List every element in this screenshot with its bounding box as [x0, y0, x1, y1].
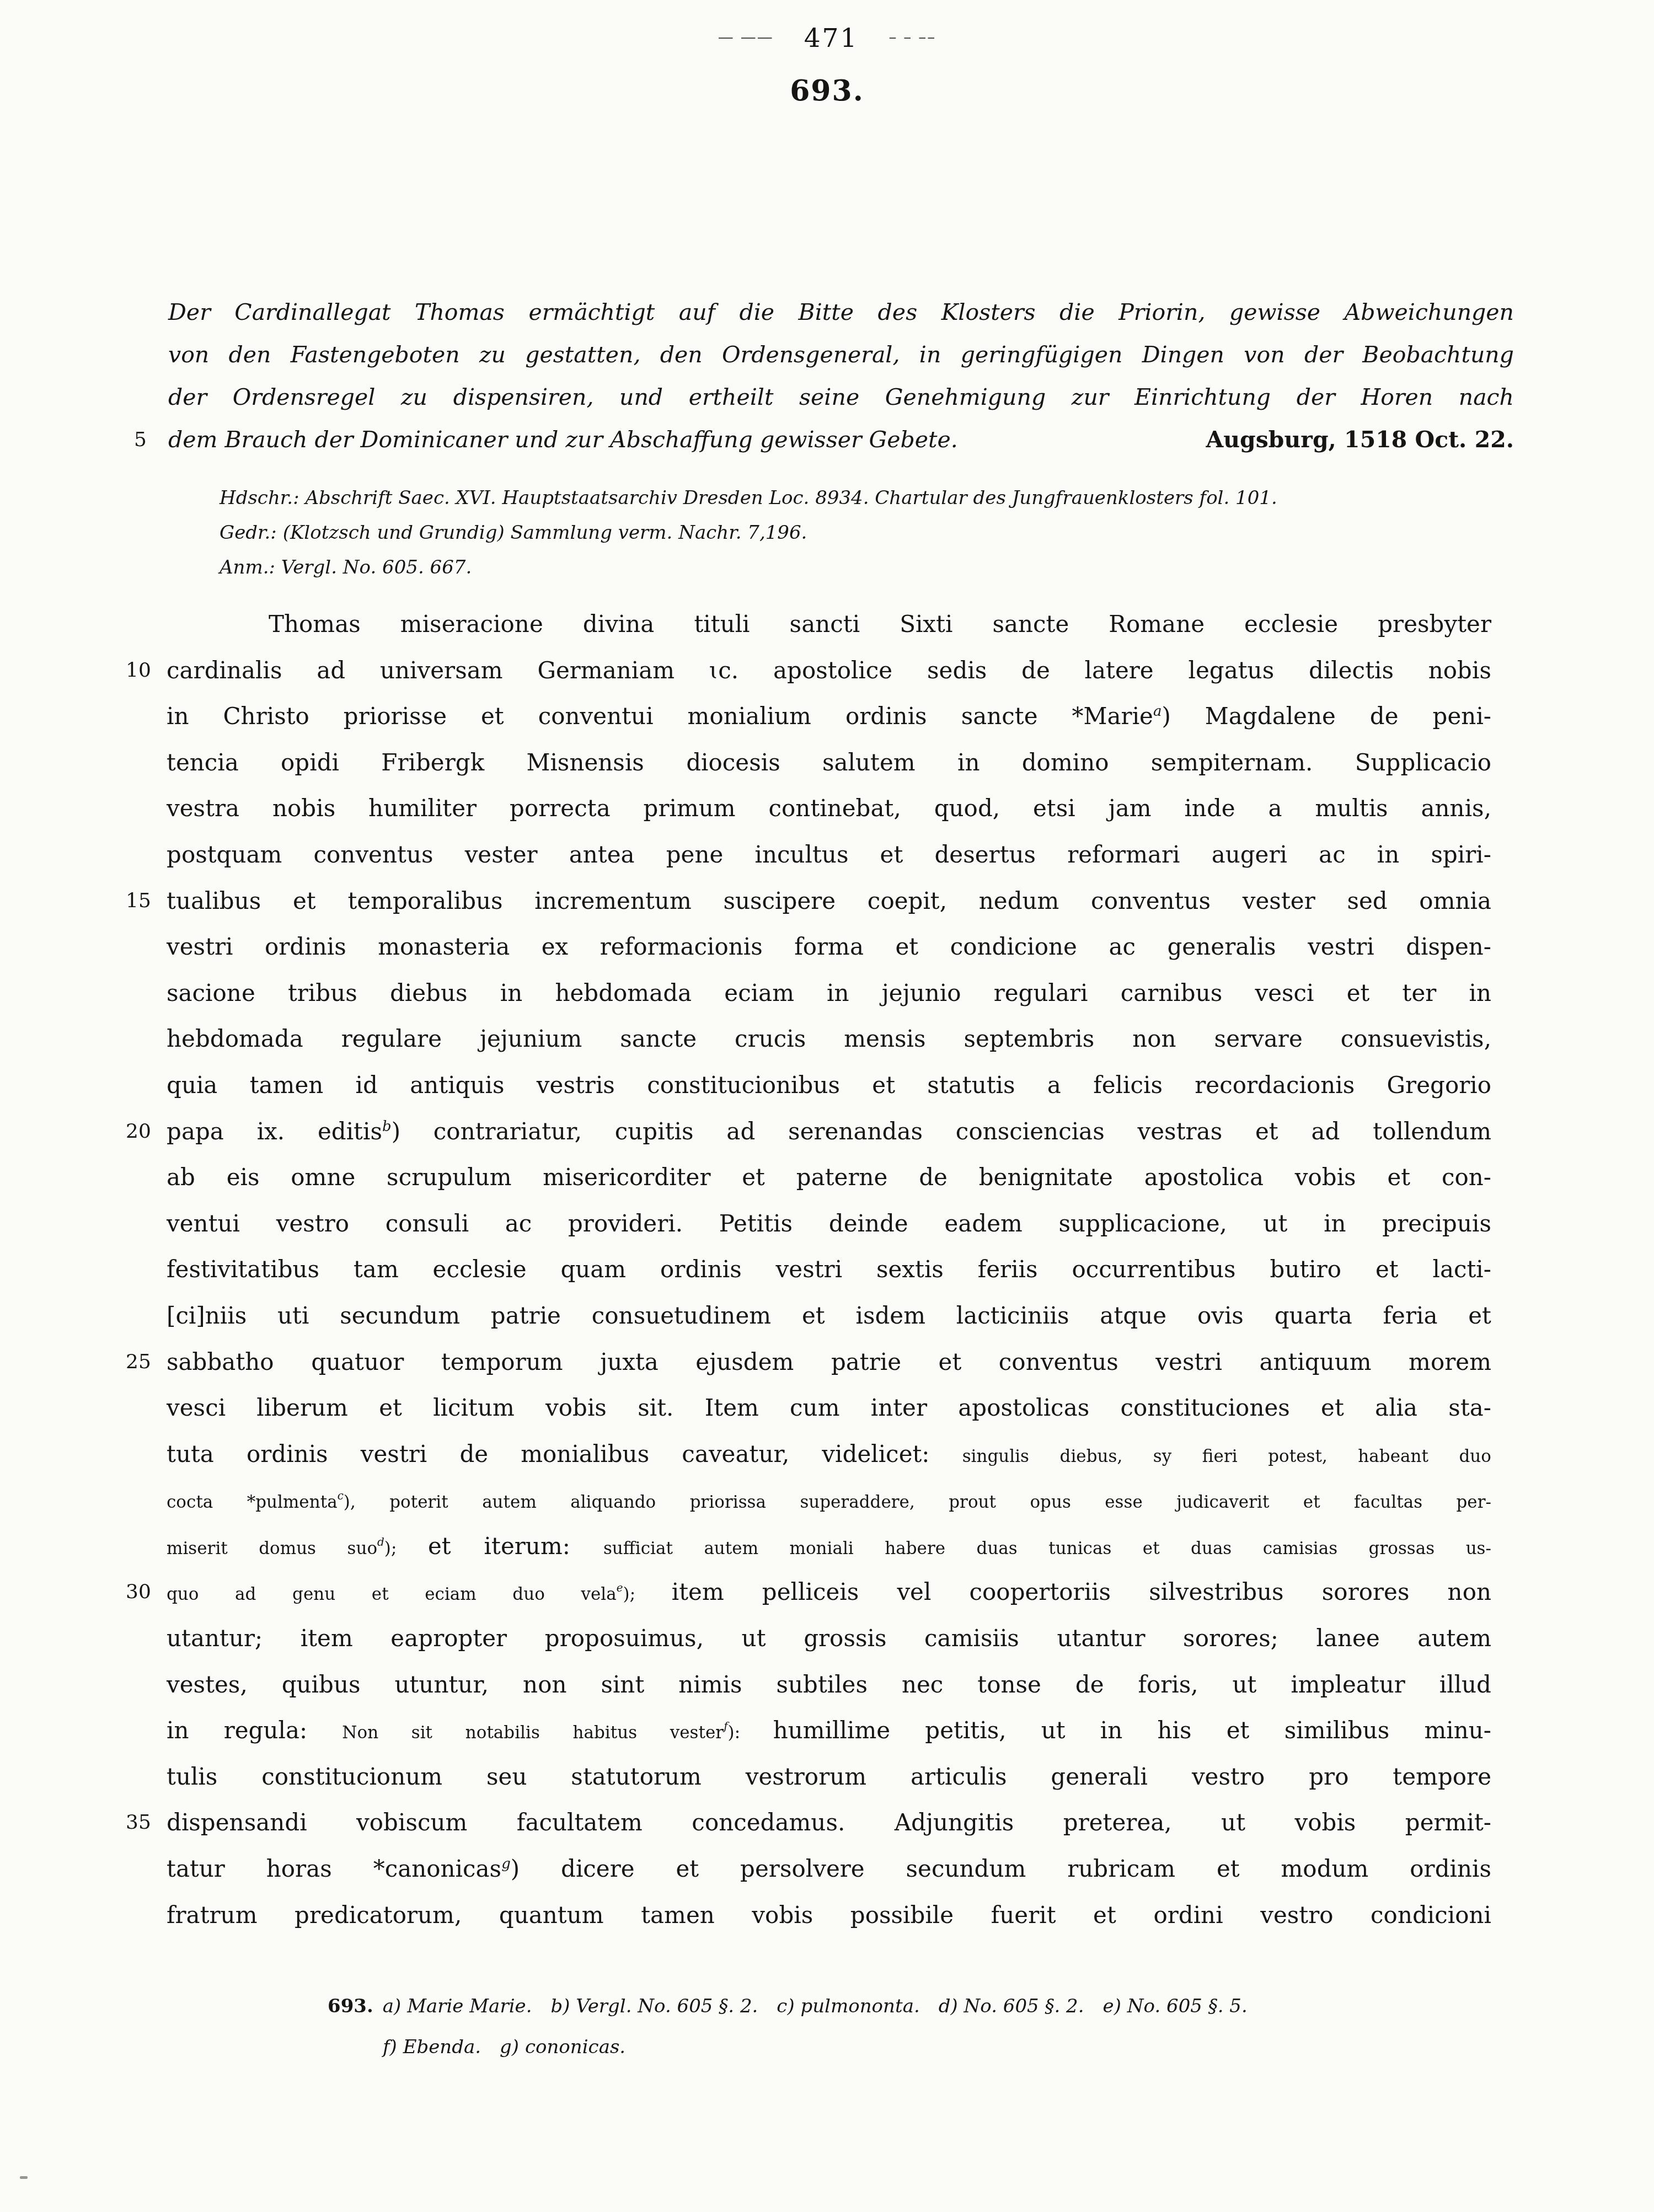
document-page: — ——471– – –– 693. Der Cardinallegat Tho… [0, 0, 1654, 2212]
body-text-run: vesci liberum et licitum vobis sit. Item… [167, 1394, 1491, 1421]
body-text-run: tualibus et temporalibus incrementum sus… [167, 887, 1491, 914]
body-text-run: tulis constitucionum seu statutorum vest… [167, 1763, 1491, 1790]
body-text-run: Thomas miseracione divina tituli sancti … [269, 610, 1491, 638]
body-line: tuta ordinis vestri de monialibus caveat… [167, 1431, 1491, 1477]
body-line: cocta *pulmentac), poterit autem aliquan… [167, 1477, 1491, 1523]
body-text-run: vestri ordinis monasteria ex reformacion… [167, 933, 1491, 960]
body-text-run: papa ix. editis [167, 1118, 382, 1145]
line-number: 15 [126, 878, 159, 924]
body-line: vesci liberum et licitum vobis sit. Item… [167, 1385, 1491, 1431]
body-text-run: tatur horas *canonicas [167, 1855, 501, 1882]
body-text-run: postquam conventus vester antea pene inc… [167, 841, 1491, 868]
scan-speck [20, 2176, 28, 2179]
source-line-gedr: Gedr.: (Klotzsch und Grundig) Sammlung v… [220, 516, 1510, 550]
footnote-ref: f [724, 1720, 727, 1733]
body-text-run: ): [728, 1723, 773, 1743]
body-line: in regula: Non sit notabilis habitus ves… [167, 1707, 1491, 1754]
body-text-run: ); [623, 1584, 672, 1604]
body-text-run: sufficiat autem moniali habere duas tuni… [603, 1539, 1491, 1558]
footnote-run: e) No. 605 §. 5. [1084, 1995, 1248, 2017]
source-line-anm: Anm.: Vergl. No. 605. 667. [220, 550, 1510, 585]
summary-line: von den Fastengeboten zu gestatten, den … [168, 334, 1514, 376]
summary-line: Der Cardinallegat Thomas ermächtigt auf … [168, 291, 1514, 334]
body-text-run: ); [384, 1539, 428, 1558]
document-number: 693. [0, 74, 1654, 108]
summary-line: 5 dem Brauch der Dominicaner und zur Abs… [168, 419, 1514, 461]
dateline: Augsburg, 1518 Oct. 22. [1206, 419, 1514, 461]
source-apparatus: Hdschr.: Abschrift Saec. XVI. Hauptstaat… [220, 481, 1510, 585]
body-text-run: ab eis omne scrupulum misericorditer et … [167, 1164, 1491, 1191]
body-line: [ci]niis uti secundum patrie consuetudin… [167, 1293, 1491, 1339]
body-line: 20papa ix. editisb) contrariatur, cupiti… [167, 1108, 1491, 1155]
body-line: tencia opidi Fribergk Misnensis diocesis… [167, 740, 1491, 786]
footnote-run: d) No. 605 §. 2. [920, 1995, 1084, 2017]
body-text-run: ) contrariatur, cupitis ad serenandas co… [392, 1118, 1491, 1145]
regest-summary: Der Cardinallegat Thomas ermächtigt auf … [168, 291, 1514, 461]
footnote-line: f) Ebenda. g) cononicas. [383, 2036, 625, 2058]
footnote-doc-number: 693. [328, 1995, 373, 2017]
body-line: Thomas miseracione divina tituli sancti … [167, 601, 1491, 647]
summary-line: der Ordensregel zu dispensiren, und erth… [168, 376, 1514, 419]
page-number: 471 [804, 23, 859, 53]
footnote-line: 693. a) Marie Marie. b) Vergl. No. 605 §… [328, 1995, 1248, 2017]
footnote-run: b) Vergl. No. 605 §. 2. [532, 1995, 758, 2017]
body-line: tatur horas *canonicasg) dicere et perso… [167, 1846, 1491, 1892]
body-line: quia tamen id antiquis vestris constituc… [167, 1062, 1491, 1108]
body-text-run: ) dicere et persolvere secundum rubricam… [511, 1855, 1491, 1882]
footnote-run: c) pulmononta. [758, 1995, 919, 2017]
body-text-run: et iterum: [428, 1533, 603, 1560]
body-line: utantur; item eapropter proposuimus, ut … [167, 1615, 1491, 1662]
body-text-run: item pelliceis vel coopertoriis silvestr… [672, 1578, 1491, 1605]
body-line: vestra nobis humiliter porrecta primum c… [167, 785, 1491, 832]
body-line: ventui vestro consuli ac provideri. Peti… [167, 1201, 1491, 1247]
body-line: vestri ordinis monasteria ex reformacion… [167, 924, 1491, 970]
body-text-run: cardinalis ad universam Germaniam ɩc. ap… [167, 657, 1491, 684]
line-number: 10 [126, 647, 159, 694]
header-dash-right: – – –– [888, 28, 936, 46]
body-text-run: fratrum predicatorum, quantum tamen vobi… [167, 1902, 1491, 1929]
body-text-run: vestes, quibus utuntur, non sint nimis s… [167, 1671, 1491, 1698]
body-line: tulis constitucionum seu statutorum vest… [167, 1754, 1491, 1800]
footnote-run: g) cononicas. [481, 2036, 625, 2058]
footnote-ref: d [377, 1535, 384, 1549]
header-dash-left: — —— [718, 28, 774, 46]
line-number: 30 [126, 1569, 159, 1615]
body-text-run: miserit domus suo [167, 1539, 377, 1558]
body-text-run: quia tamen id antiquis vestris constituc… [167, 1072, 1491, 1099]
body-line: fratrum predicatorum, quantum tamen vobi… [167, 1892, 1491, 1938]
body-line: festivitatibus tam ecclesie quam ordinis… [167, 1246, 1491, 1293]
body-text-run: ventui vestro consuli ac provideri. Peti… [167, 1210, 1491, 1237]
body-text-run: sabbatho quatuor temporum juxta ejusdem … [167, 1348, 1491, 1375]
body-line: postquam conventus vester antea pene inc… [167, 832, 1491, 878]
body-text-run: tuta ordinis vestri de monialibus caveat… [167, 1440, 962, 1467]
body-text-run: in regula: [167, 1717, 342, 1744]
body-line: in Christo priorisse et conventui monial… [167, 693, 1491, 740]
body-line: 25sabbatho quatuor temporum juxta ejusde… [167, 1339, 1491, 1385]
body-text-run: hebdomada regulare jejunium sancte cruci… [167, 1025, 1491, 1052]
body-text-run: tencia opidi Fribergk Misnensis diocesis… [167, 749, 1491, 776]
footnote-run: f) Ebenda. [383, 2036, 481, 2058]
line-number: 35 [126, 1799, 159, 1846]
body-text-run: quo ad genu et eciam duo vela [167, 1584, 617, 1604]
body-line: 30quo ad genu et eciam duo velae); item … [167, 1569, 1491, 1615]
line-number: 25 [126, 1339, 159, 1385]
footnote-ref: c [338, 1489, 344, 1502]
body-line: sacione tribus diebus in hebdomada eciam… [167, 970, 1491, 1016]
body-line: miserit domus suod); et iterum: sufficia… [167, 1523, 1491, 1570]
body-text-run: dispensandi vobiscum facultatem concedam… [167, 1809, 1491, 1836]
body-line: vestes, quibus utuntur, non sint nimis s… [167, 1662, 1491, 1708]
footnote-run: a) Marie Marie. [373, 1995, 532, 2017]
page-header: — ——471– – –– [0, 23, 1654, 53]
source-line-hdschr: Hdschr.: Abschrift Saec. XVI. Hauptstaat… [220, 481, 1510, 516]
body-text-run: cocta *pulmenta [167, 1492, 338, 1512]
body-text-run: singulis diebus, sy fieri potest, habean… [962, 1447, 1491, 1466]
body-line: 10cardinalis ad universam Germaniam ɩc. … [167, 647, 1491, 694]
body-text-run: festivitatibus tam ecclesie quam ordinis… [167, 1256, 1491, 1283]
body-text-run: Non sit notabilis habitus vester [342, 1723, 724, 1743]
footnote-ref: b [382, 1118, 392, 1135]
line-number: 20 [126, 1108, 159, 1155]
body-text-run: ), poterit autem aliquando priorissa sup… [344, 1492, 1491, 1512]
footnote-ref: a [1153, 703, 1162, 720]
body-text-run: in Christo priorisse et conventui monial… [167, 703, 1153, 730]
body-text-run: vestra nobis humiliter porrecta primum c… [167, 795, 1491, 822]
footnote-ref: e [617, 1581, 623, 1594]
body-text-run: humillime petitis, ut in his et similibu… [773, 1717, 1491, 1744]
summary-line-text: dem Brauch der Dominicaner und zur Absch… [168, 419, 958, 461]
body-line: ab eis omne scrupulum misericorditer et … [167, 1154, 1491, 1201]
body-line: 15tualibus et temporalibus incrementum s… [167, 878, 1491, 924]
body-text-run: sacione tribus diebus in hebdomada eciam… [167, 979, 1491, 1006]
body-lines: Thomas miseracione divina tituli sancti … [167, 601, 1491, 1938]
footnote-ref: g [501, 1856, 511, 1872]
body-text-run: utantur; item eapropter proposuimus, ut … [167, 1625, 1491, 1652]
body-text-run: ) Magdalene de peni- [1161, 703, 1491, 730]
body-line: 35dispensandi vobiscum facultatem conced… [167, 1799, 1491, 1846]
body-line: hebdomada regulare jejunium sancte cruci… [167, 1016, 1491, 1062]
margin-line-number: 5 [134, 419, 162, 461]
body-text-run: [ci]niis uti secundum patrie consuetudin… [167, 1302, 1491, 1329]
